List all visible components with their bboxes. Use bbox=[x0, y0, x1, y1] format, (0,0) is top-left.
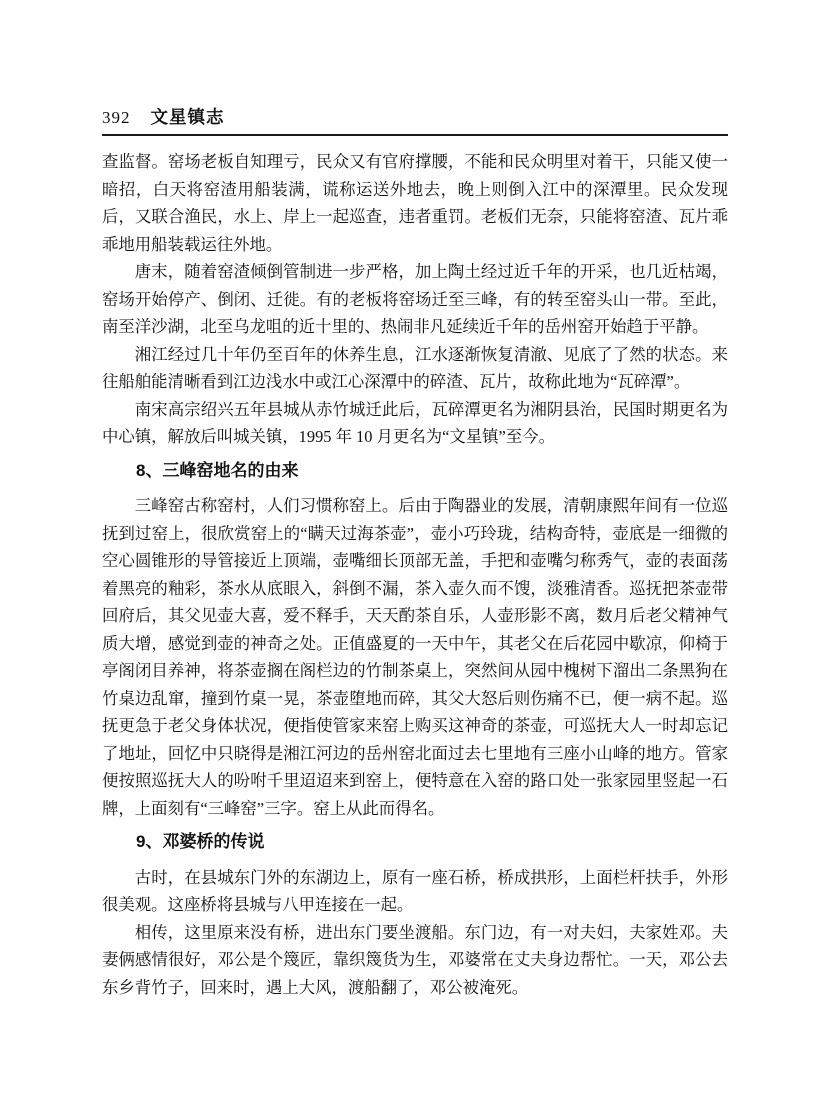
paragraph: 南宋高宗绍兴五年县城从赤竹城迁此后，瓦碎潭更名为湘阴县治，民国时期更名为中心镇，… bbox=[102, 396, 728, 451]
paragraph: 湘江经过几十年仍至百年的休养生息，江水逐渐恢复清澈、见底了了然的状态。来往船舶能… bbox=[102, 341, 728, 396]
book-page: 392 文星镇志 查监督。窑场老板自知理亏，民众又有官府撑腰，不能和民众明里对着… bbox=[0, 0, 816, 1099]
page-body-text: 查监督。窑场老板自知理亏，民众又有官府撑腰，不能和民众明里对着干，只能又使一暗招… bbox=[102, 148, 728, 1001]
paragraph: 相传，这里原来没有桥，进出东门要坐渡船。东门边，有一对夫妇，夫家姓邓。夫妻俩感情… bbox=[102, 919, 728, 1002]
paragraph: 古时，在县城东门外的东湖边上，原有一座石桥，桥成拱形，上面栏杆扶手，外形很美观。… bbox=[102, 864, 728, 919]
paragraph: 唐末，随着窑渣倾倒管制进一步严格，加上陶土经过近千年的开采，也几近枯竭，窑场开始… bbox=[102, 258, 728, 341]
page-number: 392 bbox=[102, 108, 131, 128]
paragraph: 三峰窑古称窑村，人们习惯称窑上。后由于陶器业的发展，清朝康熙年间有一位巡抚到过窑… bbox=[102, 492, 728, 822]
running-header: 392 文星镇志 bbox=[102, 104, 728, 136]
section-heading: 9、邓婆桥的传说 bbox=[102, 828, 728, 856]
section-heading: 8、三峰窑地名的由来 bbox=[102, 457, 728, 485]
paragraph: 查监督。窑场老板自知理亏，民众又有官府撑腰，不能和民众明里对着干，只能又使一暗招… bbox=[102, 148, 728, 258]
book-title: 文星镇志 bbox=[151, 104, 225, 129]
